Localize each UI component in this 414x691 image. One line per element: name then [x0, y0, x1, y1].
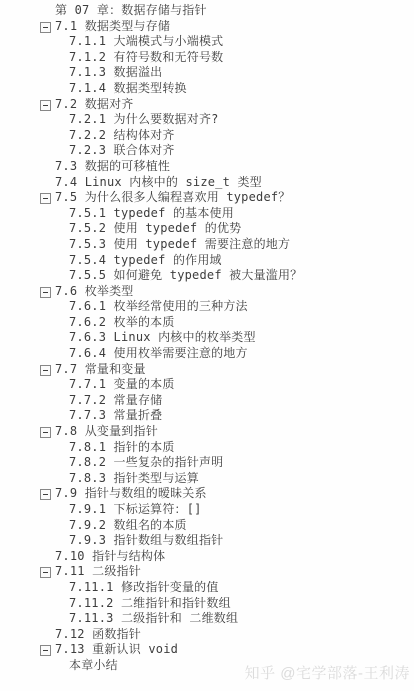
toc-item-label[interactable]: 7.8.1 指针的本质	[69, 440, 175, 456]
toc-item-label[interactable]: 7.4 Linux 内核中的 size_t 类型	[55, 175, 262, 191]
toc-item-label[interactable]: 7.5.5 如何避免 typedef 被大量滥用？	[69, 268, 302, 284]
toc-item-row: 7.1.1 大端模式与小端模式	[0, 34, 414, 50]
toc-item-label[interactable]: 7.9.3 指针数组与数组指针	[69, 533, 223, 549]
toc-item-row: 7.9 指针与数组的暧昧关系	[0, 486, 414, 502]
toc-item-row: 7.2.1 为什么要数据对齐?	[0, 112, 414, 128]
toc-item-row: 7.6.1 枚举经常使用的三种方法	[0, 299, 414, 315]
toc-item-label[interactable]: 7.1.2 有符号数和无符号数	[69, 50, 223, 66]
toc-item-label[interactable]: 7.7.3 常量折叠	[69, 408, 162, 424]
toc-item-row: 7.7.2 常量存储	[0, 393, 414, 409]
toc-item-label[interactable]: 7.3 数据的可移植性	[55, 159, 170, 175]
toc-item-row: 7.5.4 typedef 的作用域	[0, 253, 414, 269]
toc-item-row: 7.6.4 使用枚举需要注意的地方	[0, 346, 414, 362]
toc-item-row: 7.7 常量和变量	[0, 362, 414, 378]
toc-item-row: 7.7.3 常量折叠	[0, 408, 414, 424]
toc-item-label[interactable]: 7.9.1 下标运算符：[]	[69, 502, 202, 518]
toc-page: 第 07 章：数据存储与指针7.1 数据类型与存储7.1.1 大端模式与小端模式…	[0, 0, 414, 691]
toc-item-row: 7.10 指针与结构体	[0, 549, 414, 565]
toc-item-label[interactable]: 7.1.1 大端模式与小端模式	[69, 34, 223, 50]
toc-item-row: 7.4 Linux 内核中的 size_t 类型	[0, 175, 414, 191]
toc-item-label[interactable]: 7.1.4 数据类型转换	[69, 81, 187, 97]
zhihu-watermark: 知乎 @宅学部落-王利涛	[245, 666, 410, 682]
toc-item-label[interactable]: 7.2 数据对齐	[55, 97, 134, 113]
collapse-icon[interactable]	[40, 645, 51, 656]
toc-item-row: 7.5.5 如何避免 typedef 被大量滥用？	[0, 268, 414, 284]
toc-item-label[interactable]: 7.11.3 二级指针和 二维数组	[69, 611, 238, 627]
toc-item-label[interactable]: 7.9 指针与数组的暧昧关系	[55, 486, 207, 502]
toc-item-label[interactable]: 7.7.2 常量存储	[69, 393, 162, 409]
toc-item-row: 7.2.2 结构体对齐	[0, 128, 414, 144]
toc-item-row: 7.8.3 指针类型与运算	[0, 471, 414, 487]
toc-item-label[interactable]: 7.6.4 使用枚举需要注意的地方	[69, 346, 248, 362]
toc-item-row: 7.11.3 二级指针和 二维数组	[0, 611, 414, 627]
toc-item-row: 7.9.1 下标运算符：[]	[0, 502, 414, 518]
toc-item-label[interactable]: 本章小结	[69, 658, 118, 674]
toc-item-label[interactable]: 7.7 常量和变量	[55, 362, 146, 378]
toc-item-row: 7.8 从变量到指针	[0, 424, 414, 440]
toc-item-label[interactable]: 7.12 函数指针	[55, 627, 141, 643]
toc-item-row: 7.2 数据对齐	[0, 97, 414, 113]
collapse-icon[interactable]	[40, 287, 51, 298]
toc-item-label[interactable]: 7.8 从变量到指针	[55, 424, 158, 440]
toc-item-row: 7.5.1 typedef 的基本使用	[0, 206, 414, 222]
toc-item-row: 7.1 数据类型与存储	[0, 19, 414, 35]
toc-item-row: 7.3 数据的可移植性	[0, 159, 414, 175]
toc-item-row: 7.11.1 修改指针变量的值	[0, 580, 414, 596]
toc-item-label[interactable]: 7.11.2 二维指针和指针数组	[69, 596, 231, 612]
toc-item-row: 7.8.1 指针的本质	[0, 440, 414, 456]
toc-item-label[interactable]: 7.11 二级指针	[55, 564, 141, 580]
toc-item-row: 7.7.1 变量的本质	[0, 377, 414, 393]
collapse-icon[interactable]	[40, 100, 51, 111]
collapse-icon[interactable]	[40, 193, 51, 204]
toc-item-label[interactable]: 7.6.1 枚举经常使用的三种方法	[69, 299, 248, 315]
toc-item-label[interactable]: 7.5 为什么很多人编程喜欢用 typedef？	[55, 190, 291, 206]
toc-item-row: 7.9.2 数组名的本质	[0, 518, 414, 534]
toc-item-label[interactable]: 7.6.3 Linux 内核中的枚举类型	[69, 330, 256, 346]
toc-item-label[interactable]: 7.6 枚举类型	[55, 284, 134, 300]
toc-item-row: 7.6 枚举类型	[0, 284, 414, 300]
toc-item-label[interactable]: 7.1 数据类型与存储	[55, 19, 170, 35]
toc-item-label[interactable]: 7.5.4 typedef 的作用域	[69, 253, 222, 269]
collapse-icon[interactable]	[40, 22, 51, 33]
toc-item-row: 7.6.3 Linux 内核中的枚举类型	[0, 330, 414, 346]
chapter-title-row: 第 07 章：数据存储与指针	[0, 3, 414, 19]
toc-item-row: 7.12 函数指针	[0, 627, 414, 643]
toc-item-label[interactable]: 7.5.2 使用 typedef 的优势	[69, 221, 241, 237]
toc-item-row: 7.5.3 使用 typedef 需要注意的地方	[0, 237, 414, 253]
collapse-icon[interactable]	[40, 567, 51, 578]
chapter-toc-tree: 第 07 章：数据存储与指针7.1 数据类型与存储7.1.1 大端模式与小端模式…	[0, 0, 414, 674]
toc-item-label[interactable]: 7.5.1 typedef 的基本使用	[69, 206, 234, 222]
toc-item-row: 7.9.3 指针数组与数组指针	[0, 533, 414, 549]
toc-item-row: 7.13 重新认识 void	[0, 642, 414, 658]
toc-item-label[interactable]: 7.9.2 数组名的本质	[69, 518, 187, 534]
toc-item-label[interactable]: 7.7.1 变量的本质	[69, 377, 175, 393]
collapse-icon[interactable]	[40, 427, 51, 438]
toc-item-label[interactable]: 7.11.1 修改指针变量的值	[69, 580, 219, 596]
toc-item-row: 7.8.2 一些复杂的指针声明	[0, 455, 414, 471]
toc-item-row: 7.1.2 有符号数和无符号数	[0, 50, 414, 66]
toc-item-row: 7.5 为什么很多人编程喜欢用 typedef？	[0, 190, 414, 206]
chapter-title[interactable]: 第 07 章：数据存储与指针	[55, 3, 207, 19]
toc-item-label[interactable]: 7.2.2 结构体对齐	[69, 128, 175, 144]
toc-item-row: 7.11 二级指针	[0, 564, 414, 580]
toc-item-label[interactable]: 7.5.3 使用 typedef 需要注意的地方	[69, 237, 290, 253]
toc-item-label[interactable]: 7.2.3 联合体对齐	[69, 143, 175, 159]
toc-item-row: 7.5.2 使用 typedef 的优势	[0, 221, 414, 237]
toc-item-label[interactable]: 7.13 重新认识 void	[55, 642, 178, 658]
toc-item-label[interactable]: 7.8.3 指针类型与运算	[69, 471, 199, 487]
collapse-icon[interactable]	[40, 365, 51, 376]
toc-item-row: 7.2.3 联合体对齐	[0, 143, 414, 159]
toc-item-label[interactable]: 7.2.1 为什么要数据对齐?	[69, 112, 219, 128]
toc-item-row: 7.1.3 数据溢出	[0, 65, 414, 81]
toc-item-row: 7.11.2 二维指针和指针数组	[0, 596, 414, 612]
toc-item-label[interactable]: 7.6.2 枚举的本质	[69, 315, 175, 331]
toc-item-label[interactable]: 7.8.2 一些复杂的指针声明	[69, 455, 223, 471]
toc-item-row: 7.1.4 数据类型转换	[0, 81, 414, 97]
collapse-icon[interactable]	[40, 489, 51, 500]
toc-item-label[interactable]: 7.10 指针与结构体	[55, 549, 165, 565]
toc-item-label[interactable]: 7.1.3 数据溢出	[69, 65, 162, 81]
toc-item-row: 7.6.2 枚举的本质	[0, 315, 414, 331]
